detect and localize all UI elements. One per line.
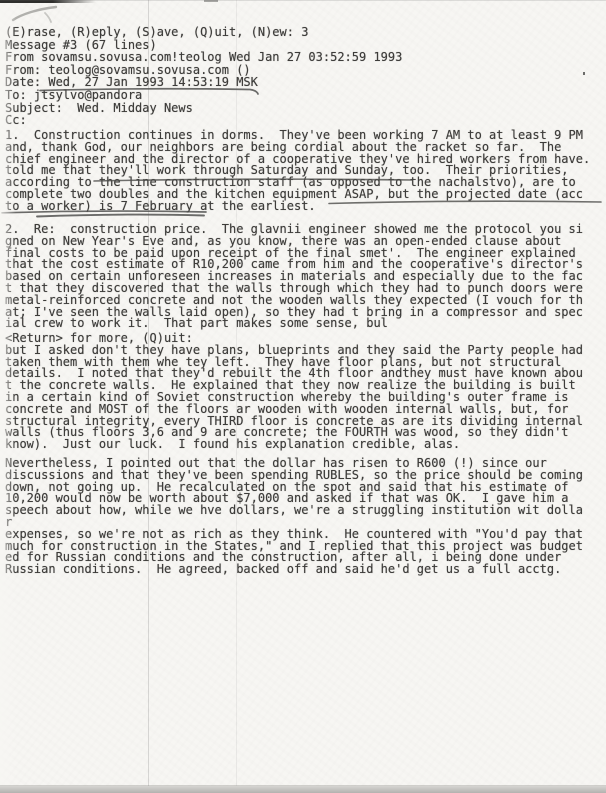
handwritten-checkmark-tick — [45, 13, 51, 22]
scan-edge-top-speck — [204, 0, 218, 2]
scan-speck — [583, 72, 585, 75]
pager-prompt-and-paragraph-plans: <Return> for more, (Q)uit: but I asked d… — [5, 333, 583, 451]
pen-underline-february-2 — [37, 215, 204, 217]
paragraph-construction-price: 2. Re: construction price. The glavnii e… — [5, 224, 583, 330]
paragraph-dollar-exchange: Nevertheless, I pointed out that the dol… — [5, 458, 583, 576]
scan-edge-top-line — [0, 0, 606, 1]
scan-edge-bottom-band — [0, 786, 606, 793]
handwritten-checkmark — [13, 7, 56, 20]
paragraph-construction-progress: 1. Construction continues in dorms. They… — [5, 130, 590, 213]
mail-header-block: (E)rase, (R)eply, (S)ave, (Q)uit, (N)ew:… — [5, 26, 402, 127]
scanned-page: (E)rase, (R)eply, (S)ave, (Q)uit, (N)ew:… — [0, 0, 606, 793]
